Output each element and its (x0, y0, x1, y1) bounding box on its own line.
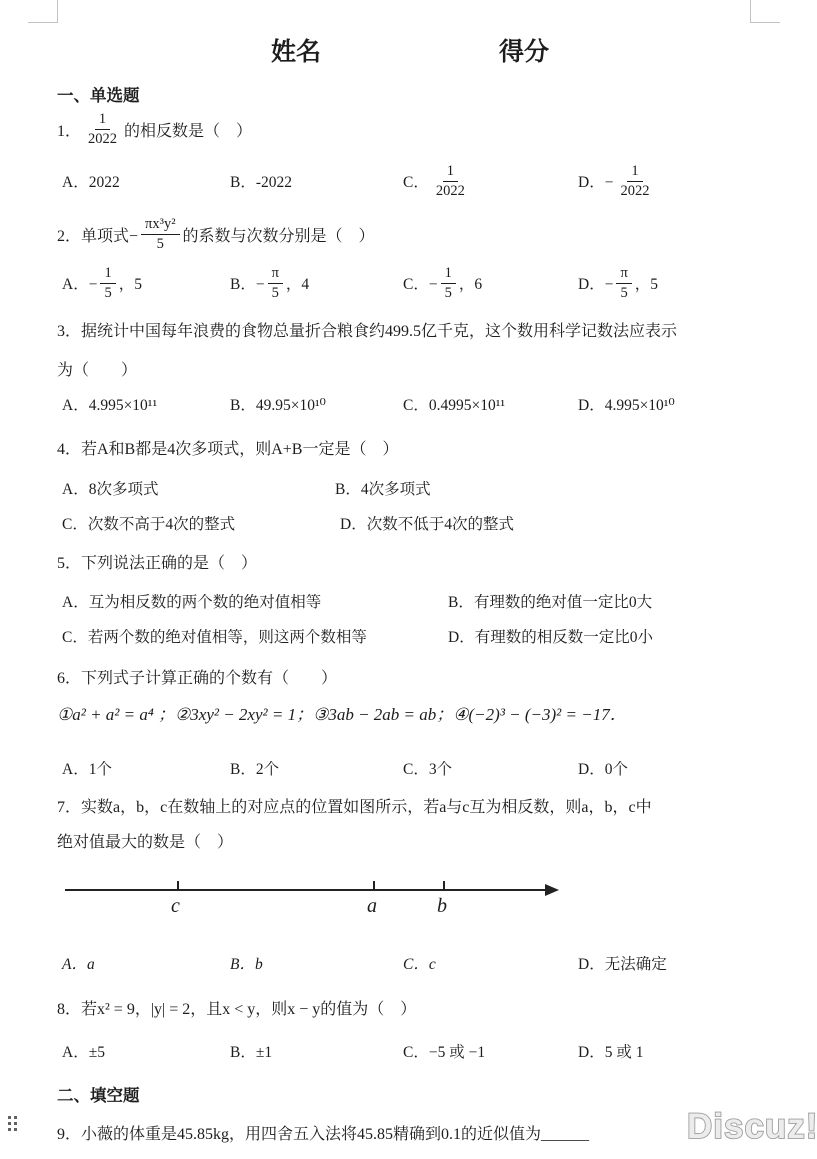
question-5-options-cd: C．若两个数的绝对值相等，则这两个数相等 D．有理数的相反数一定比0小 (0, 624, 817, 648)
grip-dots-icon (8, 1116, 17, 1131)
option-a: A．−15，5 (62, 258, 142, 308)
question-text: 2．单项式−πx³y²5的系数与次数分别是（ ） (57, 208, 375, 260)
option-d: D．−π5，5 (578, 258, 658, 308)
option-a: A．8次多项式 (62, 476, 158, 500)
corner-mark-left (57, 0, 58, 22)
question-5-options-ab: A．互为相反数的两个数的绝对值相等 B．有理数的绝对值一定比0大 (0, 589, 817, 613)
corner-mark-right (750, 0, 751, 22)
option-c: C．−5 或 −1 (403, 1038, 485, 1064)
score-label: 得分 (499, 32, 549, 68)
option-b: B．有理数的绝对值一定比0大 (448, 589, 652, 613)
question-text: 6．下列式子计算正确的个数有（ ） (57, 665, 337, 688)
point-label-b: b (437, 895, 447, 918)
option-a: A．4.995×10¹¹ (62, 390, 157, 418)
question-3-stem-continued: 为（ ） (0, 357, 817, 381)
name-label: 姓名 (271, 32, 321, 68)
question-text: 3．据统计中国每年浪费的食物总量折合粮食约499.5亿千克，这个数用科学记数法应… (57, 318, 677, 341)
question-text: 4．若A和B都是4次多项式，则A+B一定是（ ） (57, 436, 398, 459)
tick-a (373, 881, 375, 890)
option-a: A．2022 (62, 156, 120, 206)
option-b: B．49.95×10¹⁰ (230, 390, 326, 418)
question-6-options: A．1个 B．2个 C．3个 D．0个 (0, 755, 817, 781)
point-label-a: a (367, 895, 377, 918)
option-a: A．a (62, 950, 95, 976)
option-c: C．c (403, 950, 436, 976)
question-8-stem: 8．若x² = 9，|y| = 2，且x < y，则x − y的值为（ ） (0, 992, 817, 1022)
option-d: D．5 或 1 (578, 1038, 643, 1064)
point-label-c: c (171, 895, 180, 918)
question-1-stem: 1．12022的相反数是（ ） (0, 104, 817, 154)
option-d: D．有理数的相反数一定比0小 (448, 624, 653, 648)
math-expression: ①a² + a² = a⁴ ；②3xy² − 2xy² = 1；③3ab − 2… (57, 700, 627, 725)
tick-c (177, 881, 179, 890)
question-text: 1．12022的相反数是（ ） (57, 104, 252, 154)
question-text: 为（ ） (57, 357, 137, 380)
section-title-choice: 一、单选题 (57, 82, 140, 106)
option-d: D．4.995×10¹⁰ (578, 390, 675, 418)
option-c: C．若两个数的绝对值相等，则这两个数相等 (62, 624, 367, 648)
option-b: B．−π5，4 (230, 258, 309, 308)
option-d: D．无法确定 (578, 950, 667, 976)
question-7-options: A．a B．b C．c D．无法确定 (0, 950, 817, 976)
question-text: 绝对值最大的数是（ ） (57, 829, 233, 852)
option-d: D．次数不低于4次的整式 (340, 511, 514, 535)
option-b: B．2个 (230, 755, 279, 781)
section-title-fill-blank: 二、填空题 (57, 1082, 140, 1106)
discuz-watermark: Discuz! (687, 1107, 817, 1147)
option-c: C．12022 (403, 156, 472, 206)
question-1-options: A．2022 B．-2022 C．12022 D．−12022 (0, 156, 817, 206)
option-c: C．0.4995×10¹¹ (403, 390, 505, 418)
question-text: 9．小薇的体重是45.85kg，用四舍五入法将45.85精确到0.1的近似值为_… (57, 1118, 589, 1146)
question-text: 8．若x² = 9，|y| = 2，且x < y，则x − y的值为（ ） (57, 992, 416, 1022)
question-4-stem: 4．若A和B都是4次多项式，则A+B一定是（ ） (0, 436, 817, 460)
option-d: D．−12022 (578, 156, 656, 206)
question-text: 5．下列说法正确的是（ ） (57, 550, 257, 573)
question-8-options: A．±5 B．±1 C．−5 或 −1 D．5 或 1 (0, 1038, 817, 1064)
question-2-options: A．−15，5 B．−π5，4 C．−15，6 D．−π5，5 (0, 258, 817, 308)
question-5-stem: 5．下列说法正确的是（ ） (0, 550, 817, 574)
question-3-stem: 3．据统计中国每年浪费的食物总量折合粮食约499.5亿千克，这个数用科学记数法应… (0, 318, 817, 342)
option-b: B．±1 (230, 1038, 272, 1064)
question-text: 7．实数a，b，c在数轴上的对应点的位置如图所示，若a与c互为相反数，则a，b，… (57, 794, 652, 817)
option-c: C．3个 (403, 755, 452, 781)
option-a: A．1个 (62, 755, 112, 781)
question-4-options-cd: C．次数不高于4次的整式 D．次数不低于4次的整式 (0, 511, 817, 535)
question-4-options-ab: A．8次多项式 B．4次多项式 (0, 476, 817, 500)
number-line-figure: c a b (0, 868, 620, 932)
exam-paper-page: 姓名 得分 一、单选题 1．12022的相反数是（ ） A．2022 B．-20… (0, 0, 817, 1159)
arrow-right-icon (545, 884, 559, 896)
tick-b (443, 881, 445, 890)
option-d: D．0个 (578, 755, 628, 781)
question-6-stem: 6．下列式子计算正确的个数有（ ） (0, 665, 817, 689)
option-c: C．次数不高于4次的整式 (62, 511, 235, 535)
paper-header: 姓名 得分 (0, 32, 817, 66)
option-b: B．-2022 (230, 156, 292, 206)
option-a: A．±5 (62, 1038, 105, 1064)
question-7-stem-continued: 绝对值最大的数是（ ） (0, 829, 817, 853)
option-c: C．−15，6 (403, 258, 482, 308)
question-3-options: A．4.995×10¹¹ B．49.95×10¹⁰ C．0.4995×10¹¹ … (0, 390, 817, 418)
option-a: A．互为相反数的两个数的绝对值相等 (62, 589, 321, 613)
question-2-stem: 2．单项式−πx³y²5的系数与次数分别是（ ） (0, 208, 817, 260)
number-line-axis (65, 889, 547, 891)
question-7-stem: 7．实数a，b，c在数轴上的对应点的位置如图所示，若a与c互为相反数，则a，b，… (0, 794, 817, 818)
option-b: B．b (230, 950, 263, 976)
corner-mark-right (750, 22, 780, 23)
corner-mark-left (28, 22, 58, 23)
option-b: B．4次多项式 (335, 476, 431, 500)
question-6-formulas: ①a² + a² = a⁴ ；②3xy² − 2xy² = 1；③3ab − 2… (0, 700, 817, 732)
